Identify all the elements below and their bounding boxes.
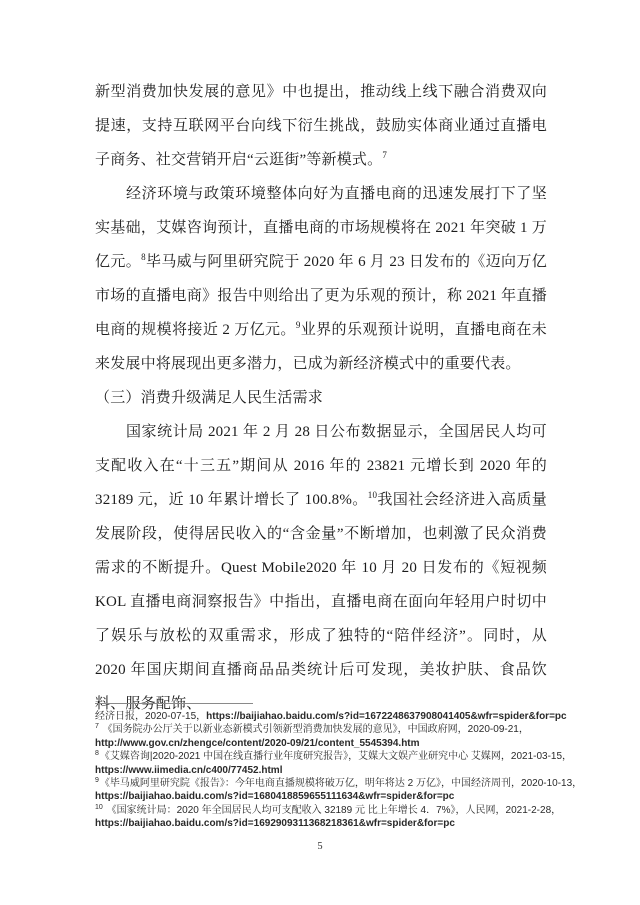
footnotes-list: 经济日报，2020-07-15，https://baijiahao.baidu.… bbox=[95, 710, 565, 831]
footnote-number: 8 bbox=[95, 750, 99, 757]
footnote-number: 7 bbox=[95, 723, 99, 730]
footnote-line: 7 《国务院办公厅关于以新业态新模式引领新型消费加快发展的意见》，中国政府网，2… bbox=[95, 723, 565, 736]
body-paragraph: 国家统计局 2021 年 2 月 28 日公布数据显示，全国居民人均可支配收入在… bbox=[95, 415, 547, 721]
document-page: 新型消费加快发展的意见》中也提出，推动线上线下融合消费双向提速，支持互联网平台向… bbox=[0, 0, 640, 905]
footnotes-section: 经济日报，2020-07-15，https://baijiahao.baidu.… bbox=[95, 703, 565, 831]
body-paragraph: 新型消费加快发展的意见》中也提出，推动线上线下融合消费双向提速，支持互联网平台向… bbox=[95, 75, 547, 177]
body-paragraph: 经济环境与政策环境整体向好为直播电商的迅速发展打下了坚实基础，艾媒咨询预计，直播… bbox=[95, 177, 547, 381]
footnote-line: https://www.iimedia.cn/c400/77452.html bbox=[95, 764, 565, 777]
body-text: 新型消费加快发展的意见》中也提出，推动线上线下融合消费双向提速，支持互联网平台向… bbox=[95, 75, 547, 721]
footnote-line: 经济日报，2020-07-15，https://baijiahao.baidu.… bbox=[95, 710, 565, 723]
footnote-url: https://baijiahao.baidu.com/s?id=1672248… bbox=[206, 711, 566, 722]
footnote-line: http://www.gov.cn/zhengce/content/2020-0… bbox=[95, 737, 565, 750]
footnote-number: 10 bbox=[95, 804, 103, 811]
footnote-text: 《国家统计局：2020 年全国居民人均可支配收入 32189 元 比上年增长 4… bbox=[104, 805, 561, 816]
footnote-line: https://baijiahao.baidu.com/s?id=1680418… bbox=[95, 790, 565, 803]
footnote-url: https://www.iimedia.cn/c400/77452.html bbox=[95, 765, 282, 776]
footnote-line: https://baijiahao.baidu.com/s?id=1692909… bbox=[95, 817, 565, 830]
footnote-ref: 10 bbox=[368, 490, 377, 500]
footnote-line: 9《毕马威阿里研究院《报告》：今年电商直播规模将破万亿，明年将达 2 万亿》，中… bbox=[95, 777, 565, 790]
section-heading: （三）消费升级满足人民生活需求 bbox=[95, 381, 547, 415]
footnote-text: 《毕马威阿里研究院《报告》：今年电商直播规模将破万亿，明年将达 2 万亿》，中国… bbox=[100, 778, 582, 789]
footnote-ref: 8 bbox=[141, 252, 146, 262]
footnote-text: 《艾媒咨询|2020-2021 中国在线直播行业年度研究报告》，艾媒大文娱产业研… bbox=[100, 751, 572, 762]
footnote-text: 经济日报，2020-07-15， bbox=[95, 711, 206, 722]
footnote-separator bbox=[95, 703, 253, 704]
footnote-url: https://baijiahao.baidu.com/s?id=1680418… bbox=[95, 791, 454, 802]
footnote-ref: 9 bbox=[296, 320, 301, 330]
footnote-url: http://www.gov.cn/zhengce/content/2020-0… bbox=[95, 738, 420, 749]
footnote-line: 8《艾媒咨询|2020-2021 中国在线直播行业年度研究报告》，艾媒大文娱产业… bbox=[95, 750, 565, 763]
footnote-number: 9 bbox=[95, 777, 99, 784]
footnote-line: 10 《国家统计局：2020 年全国居民人均可支配收入 32189 元 比上年增… bbox=[95, 804, 565, 817]
page-number: 5 bbox=[0, 841, 640, 852]
footnote-text: 《国务院办公厅关于以新业态新模式引领新型消费加快发展的意见》，中国政府网，202… bbox=[100, 724, 529, 735]
footnote-ref: 7 bbox=[382, 150, 387, 160]
footnote-url: https://baijiahao.baidu.com/s?id=1692909… bbox=[95, 818, 455, 829]
